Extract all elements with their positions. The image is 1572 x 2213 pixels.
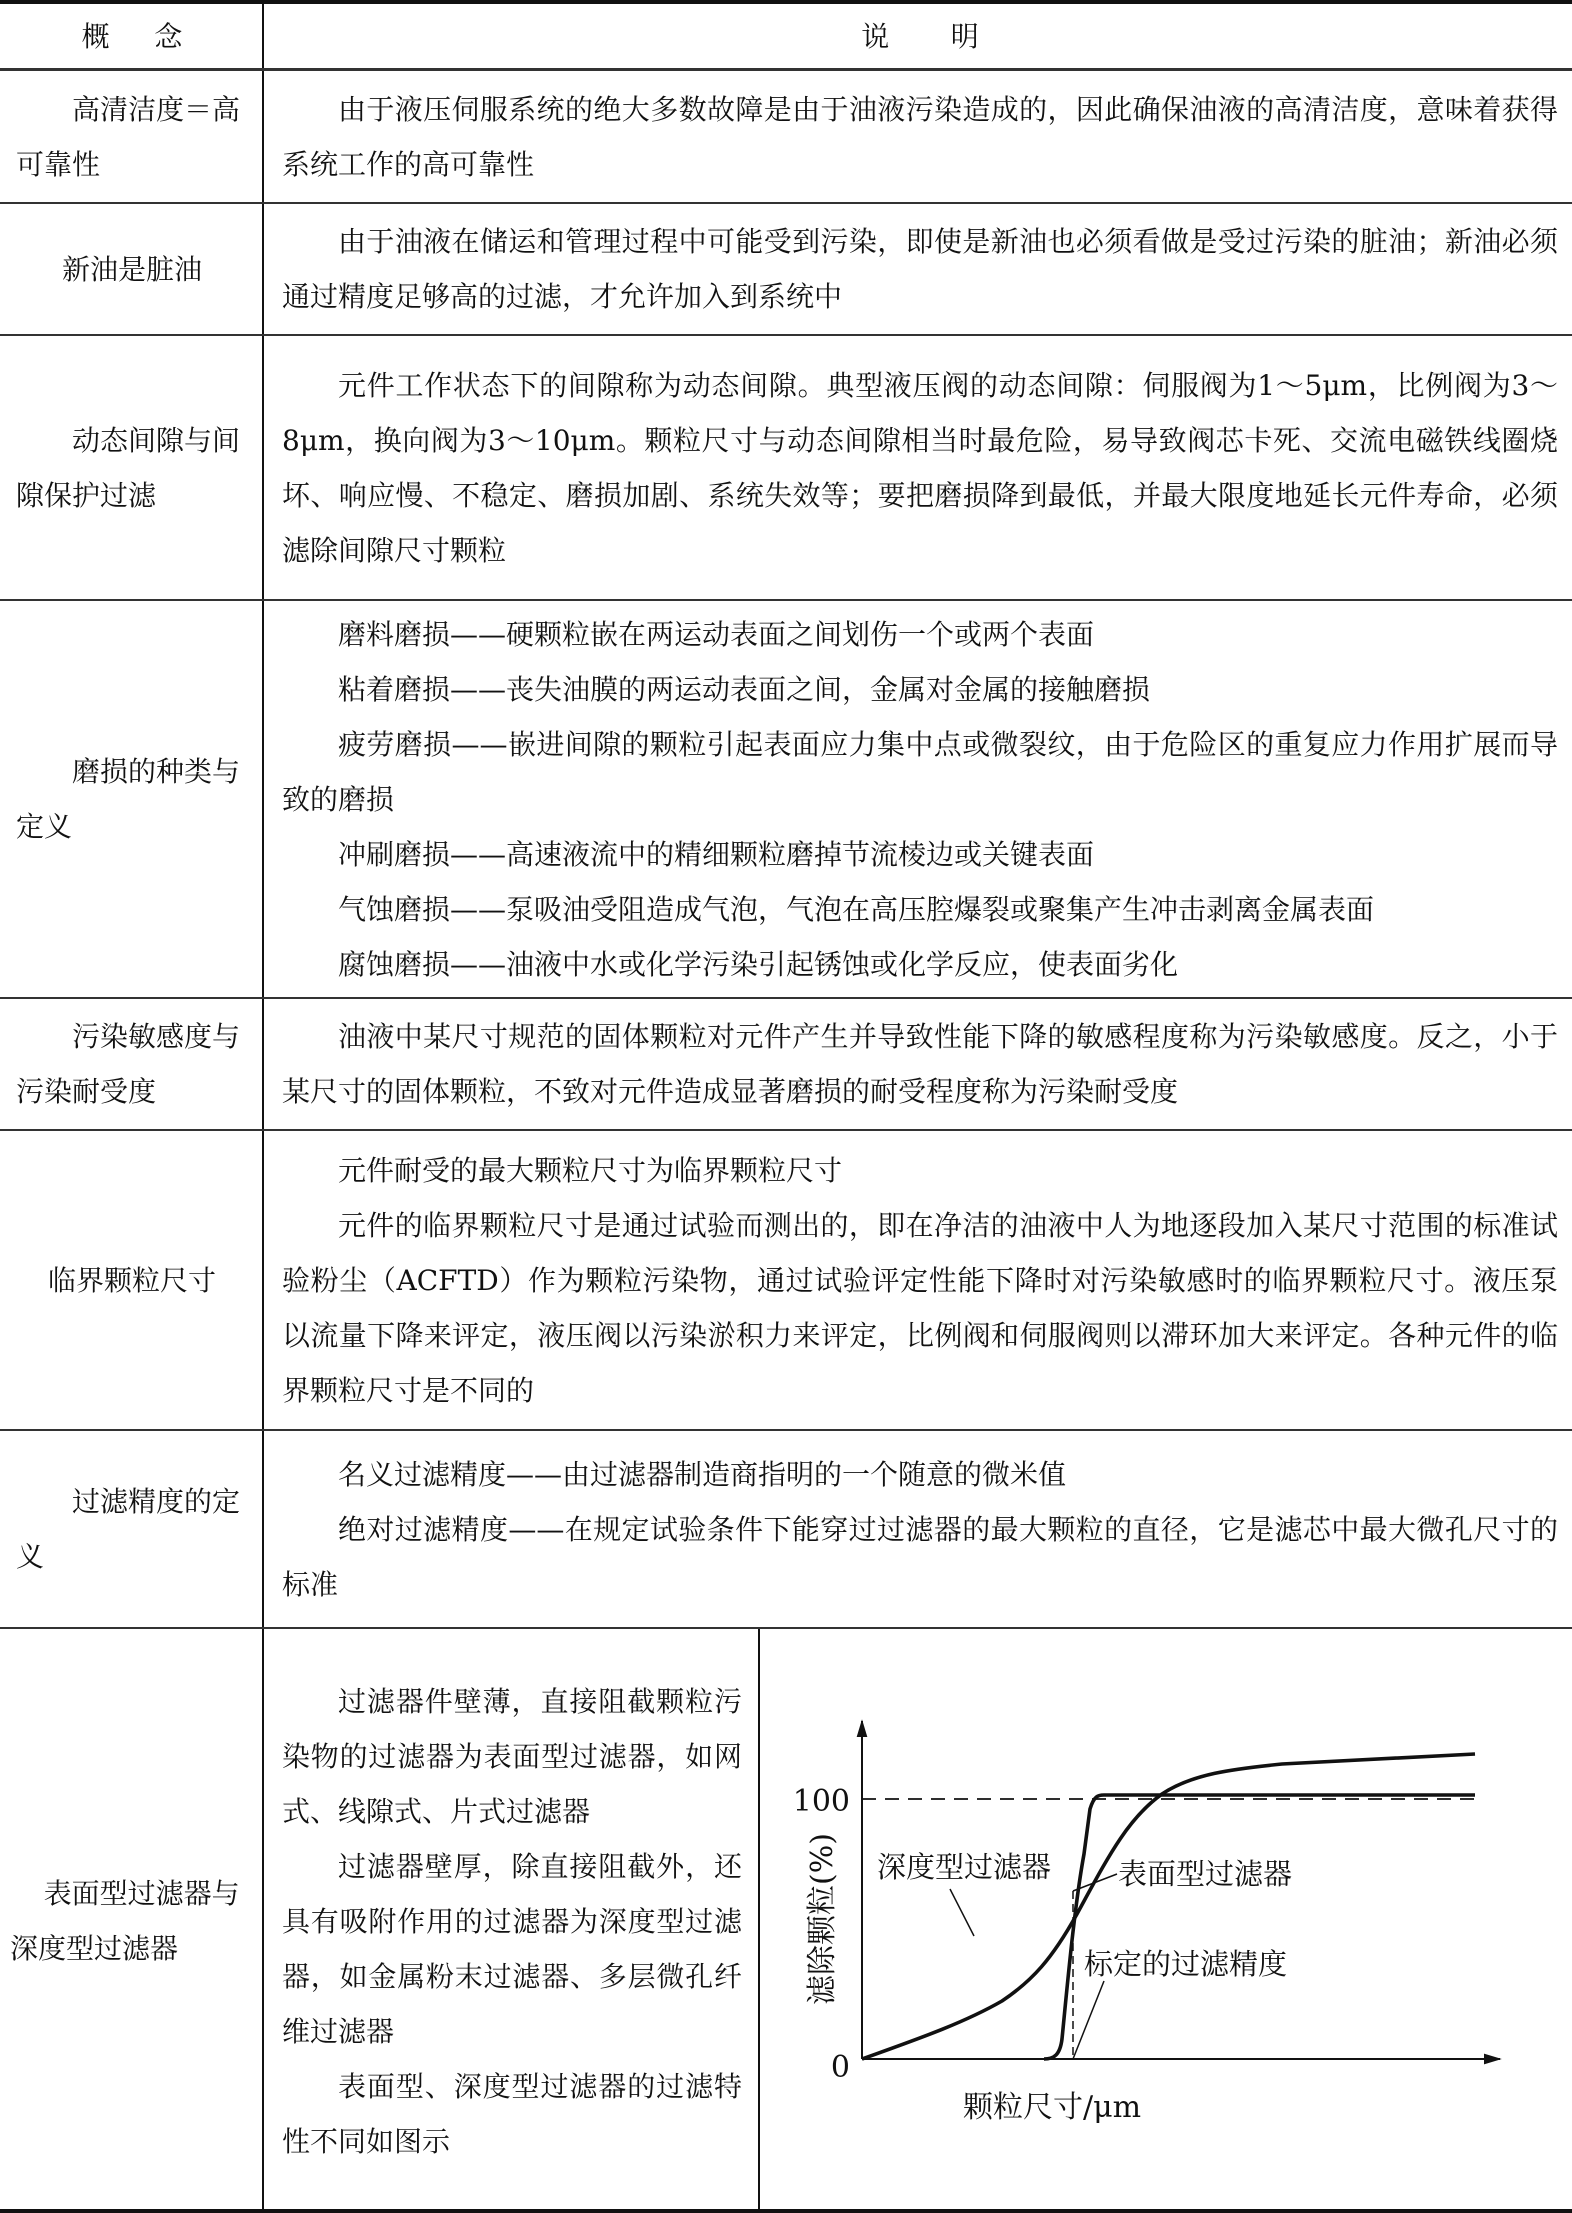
rated-precision-label: 标定的过滤精度	[1084, 1947, 1287, 1981]
description-cell: 由于油液在储运和管理过程中可能受到污染，即使是新油也必须看做是受过污染的脏油；新…	[266, 204, 1572, 334]
table-header-row: 概念 说明	[0, 4, 1572, 71]
concept-cell: 新油是脏油	[0, 204, 264, 334]
concept-cell: 临界颗粒尺寸	[0, 1131, 264, 1429]
description-cell: 由于液压伺服系统的绝大多数故障是由于油液污染造成的，因此确保油液的高清洁度，意味…	[266, 71, 1572, 202]
description-paragraph: 绝对过滤精度——在规定试验条件下能穿过过滤器的最大颗粒的直径，它是滤芯中最大微孔…	[282, 1502, 1558, 1612]
y-tick-100: 100	[793, 1784, 850, 1819]
description-cell: 元件工作状态下的间隙称为动态间隙。典型液压阀的动态间隙：伺服阀为1～5μm，比例…	[266, 336, 1572, 599]
rated-label-leader	[1073, 1981, 1104, 2059]
header-concept-label: 概念	[16, 9, 248, 64]
concept-label: 新油是脏油	[16, 242, 248, 297]
description-paragraph: 名义过滤精度——由过滤器制造商指明的一个随意的微米值	[282, 1447, 1558, 1502]
depth-label-leader	[950, 1889, 974, 1936]
table-row: 磨损的种类与定义 磨料磨损——硬颗粒嵌在两运动表面之间划伤一个或两个表面 粘着磨…	[0, 601, 1572, 999]
wear-type-erosion: 冲刷磨损——高速液流中的精细颗粒磨掉节流棱边或关键表面	[282, 827, 1558, 882]
description-paragraph: 过滤器件壁薄，直接阻截颗粒污染物的过滤器为表面型过滤器，如网式、线隙式、片式过滤…	[282, 1674, 742, 1839]
concept-label: 高清洁度＝高可靠性	[16, 82, 248, 192]
wear-type-corrosion: 腐蚀磨损——油液中水或化学污染引起锈蚀或化学反应，使表面劣化	[282, 937, 1558, 992]
description-cell: 过滤器件壁薄，直接阻截颗粒污染物的过滤器为表面型过滤器，如网式、线隙式、片式过滤…	[266, 1629, 760, 2213]
description-paragraph: 元件工作状态下的间隙称为动态间隙。典型液压阀的动态间隙：伺服阀为1～5μm，比例…	[282, 358, 1558, 578]
table-row: 新油是脏油 由于油液在储运和管理过程中可能受到污染，即使是新油也必须看做是受过污…	[0, 204, 1572, 336]
description-paragraph: 由于液压伺服系统的绝大多数故障是由于油液污染造成的，因此确保油液的高清洁度，意味…	[282, 82, 1558, 192]
description-cell: 名义过滤精度——由过滤器制造商指明的一个随意的微米值 绝对过滤精度——在规定试验…	[266, 1431, 1572, 1627]
description-cell: 元件耐受的最大颗粒尺寸为临界颗粒尺寸 元件的临界颗粒尺寸是通过试验而测出的，即在…	[266, 1131, 1572, 1429]
wear-type-fatigue: 疲劳磨损——嵌进间隙的颗粒引起表面应力集中点或微裂纹，由于危险区的重复应力作用扩…	[282, 717, 1558, 827]
wear-type-adhesive: 粘着磨损——丧失油膜的两运动表面之间，金属对金属的接触磨损	[282, 662, 1558, 717]
table-row: 表面型过滤器与深度型过滤器 过滤器件壁薄，直接阻截颗粒污染物的过滤器为表面型过滤…	[0, 1629, 1572, 2213]
wear-type-cavitation: 气蚀磨损——泵吸油受阻造成气泡，气泡在高压腔爆裂或聚集产生冲击剥离金属表面	[282, 882, 1558, 937]
chart-svg: 100 0 滤除颗粒(%) 颗粒尺寸/μm 深度型过滤器 表面型过滤器	[762, 1629, 1572, 2213]
wear-type-abrasive: 磨料磨损——硬颗粒嵌在两运动表面之间划伤一个或两个表面	[282, 607, 1558, 662]
y-tick-0: 0	[831, 2050, 850, 2085]
depth-filter-label: 深度型过滤器	[877, 1850, 1051, 1884]
concept-label: 磨损的种类与定义	[16, 744, 248, 854]
x-axis-label: 颗粒尺寸/μm	[963, 2090, 1141, 2125]
header-description-label: 说明	[282, 9, 1558, 64]
concept-cell: 动态间隙与间隙保护过滤	[0, 336, 264, 599]
concept-cell: 过滤精度的定义	[0, 1431, 264, 1627]
concept-cell: 磨损的种类与定义	[0, 601, 264, 997]
description-cell: 磨料磨损——硬颗粒嵌在两运动表面之间划伤一个或两个表面 粘着磨损——丧失油膜的两…	[266, 601, 1572, 997]
concept-label: 临界颗粒尺寸	[16, 1253, 248, 1308]
table-row: 动态间隙与间隙保护过滤 元件工作状态下的间隙称为动态间隙。典型液压阀的动态间隙：…	[0, 336, 1572, 601]
table-row: 污染敏感度与污染耐受度 油液中某尺寸规范的固体颗粒对元件产生并导致性能下降的敏感…	[0, 999, 1572, 1131]
description-paragraph: 元件耐受的最大颗粒尺寸为临界颗粒尺寸	[282, 1143, 1558, 1198]
concept-label: 表面型过滤器与深度型过滤器	[10, 1866, 248, 1976]
y-axis-label: 滤除颗粒(%)	[805, 1833, 840, 2005]
concept-cell: 污染敏感度与污染耐受度	[0, 999, 264, 1129]
header-concept-cell: 概念	[0, 4, 264, 68]
surface-filter-label: 表面型过滤器	[1118, 1857, 1292, 1891]
surface-filter-curve	[1044, 1795, 1475, 2059]
concept-label: 污染敏感度与污染耐受度	[16, 1009, 248, 1119]
concept-label: 过滤精度的定义	[16, 1474, 248, 1584]
header-description-cell: 说明	[266, 4, 1572, 68]
filter-characteristics-chart: 100 0 滤除颗粒(%) 颗粒尺寸/μm 深度型过滤器 表面型过滤器	[762, 1629, 1572, 2213]
description-paragraph: 由于油液在储运和管理过程中可能受到污染，即使是新油也必须看做是受过污染的脏油；新…	[282, 214, 1558, 324]
table-row: 高清洁度＝高可靠性 由于液压伺服系统的绝大多数故障是由于油液污染造成的，因此确保…	[0, 71, 1572, 204]
table-row: 过滤精度的定义 名义过滤精度——由过滤器制造商指明的一个随意的微米值 绝对过滤精…	[0, 1431, 1572, 1629]
table-row: 临界颗粒尺寸 元件耐受的最大颗粒尺寸为临界颗粒尺寸 元件的临界颗粒尺寸是通过试验…	[0, 1131, 1572, 1431]
description-paragraph: 油液中某尺寸规范的固体颗粒对元件产生并导致性能下降的敏感程度称为污染敏感度。反之…	[282, 1009, 1558, 1119]
concept-cell: 表面型过滤器与深度型过滤器	[0, 1629, 264, 2213]
concept-label: 动态间隙与间隙保护过滤	[16, 413, 248, 523]
description-cell: 油液中某尺寸规范的固体颗粒对元件产生并导致性能下降的敏感程度称为污染敏感度。反之…	[266, 999, 1572, 1129]
description-paragraph: 过滤器壁厚，除直接阻截外，还具有吸附作用的过滤器为深度型过滤器，如金属粉末过滤器…	[282, 1839, 742, 2059]
concept-cell: 高清洁度＝高可靠性	[0, 71, 264, 202]
description-paragraph: 元件的临界颗粒尺寸是通过试验而测出的，即在净洁的油液中人为地逐段加入某尺寸范围的…	[282, 1198, 1558, 1418]
description-paragraph: 表面型、深度型过滤器的过滤特性不同如图示	[282, 2059, 742, 2169]
concept-table: 概念 说明 高清洁度＝高可靠性 由于液压伺服系统的绝大多数故障是由于油液污染造成…	[0, 0, 1572, 2213]
